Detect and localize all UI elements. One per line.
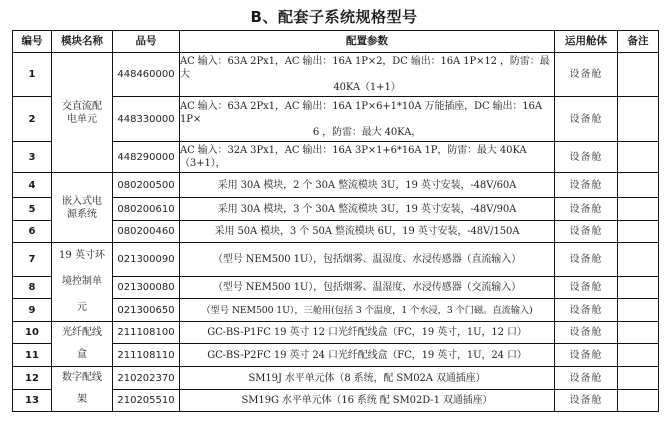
cabin-cell: 设备舱 — [555, 142, 618, 173]
config-cell: AC 输入：63A 2Px1，AC 输出：16A 1P×2，DC 输出：16A … — [180, 53, 555, 97]
part-number: 021300650 — [113, 299, 180, 322]
row-number: 1 — [13, 53, 52, 97]
header-note: 备注 — [618, 31, 659, 53]
cabin-cell: 设备舱 — [555, 277, 618, 299]
config-cell: （型号 NEM500 1U），包括烟雾、温湿度、水浸传感器（交流输入） — [180, 277, 555, 299]
module-name-line: 交直流配 — [52, 100, 112, 113]
header-module-name: 模块名称 — [52, 31, 113, 53]
module-name-line: 光纤配线 — [52, 322, 112, 344]
module-name-line: 嵌入式电 — [52, 195, 112, 208]
note-cell — [618, 322, 659, 344]
part-number: 080200460 — [113, 221, 180, 243]
cabin-cell: 设备舱 — [555, 221, 618, 243]
cabin-cell: 设备舱 — [555, 173, 618, 198]
note-cell — [618, 243, 659, 277]
module-name-line: 盒 — [52, 344, 112, 366]
part-number: 211108100 — [113, 322, 180, 344]
part-number: 021300080 — [113, 277, 180, 299]
part-number: 448460000 — [113, 53, 180, 97]
note-cell — [618, 277, 659, 299]
row-number: 4 — [13, 173, 52, 198]
header-config: 配置参数 — [180, 31, 555, 53]
config-line: 40KA（1+1） — [180, 81, 554, 94]
row-number: 3 — [13, 142, 52, 173]
cabin-cell: 设备舱 — [555, 97, 618, 142]
part-number: 448330000 — [113, 97, 180, 142]
note-cell — [618, 299, 659, 322]
config-cell: （型号 NEM500 1U），包括烟雾、温湿度、水浸传感器（直流输入） — [180, 243, 555, 277]
document-title: B、配套子系统规格型号 — [0, 6, 668, 27]
config-cell: SM19J 水平单元体（8 系统，配 SM02A 双通插座） — [180, 367, 555, 390]
module-name-line: 源系统 — [52, 208, 112, 221]
note-cell — [618, 367, 659, 390]
table-row: 7 19 英寸环 境控制单 元 021300090 （型号 NEM500 1U）… — [13, 243, 659, 277]
config-cell: AC 输入：32A 3Px1，AC 输出：16A 3P×1+6*16A 1P，防… — [180, 142, 555, 173]
config-cell: GC-BS-P1FC 19 英寸 12 口光纤配线盒（FC，19 英寸，1U，1… — [180, 322, 555, 344]
module-name-cell: 数字配线 架 — [52, 367, 113, 412]
row-number: 11 — [13, 344, 52, 367]
table-row: 12 数字配线 架 210202370 SM19J 水平单元体（8 系统，配 S… — [13, 367, 659, 390]
module-name-line: 数字配线 — [52, 367, 112, 389]
row-number: 8 — [13, 277, 52, 299]
note-cell — [618, 142, 659, 173]
table-row: 4 嵌入式电 源系统 080200500 采用 30A 模块，2 个 30A 整… — [13, 173, 659, 198]
module-name-line: 元 — [52, 295, 112, 321]
row-number: 13 — [13, 390, 52, 412]
module-name-cell: 嵌入式电 源系统 — [52, 173, 113, 243]
cabin-cell: 设备舱 — [555, 390, 618, 412]
module-name-line: 境控制单 — [52, 269, 112, 295]
config-cell: （型号 NEM500 1U），三舱用(包括 3 个温度，1 个水浸，3 个门磁。… — [180, 299, 555, 322]
note-cell — [618, 221, 659, 243]
module-name-cell: 光纤配线 盒 — [52, 322, 113, 367]
module-name-cell: 交直流配 电单元 — [52, 53, 113, 173]
note-cell — [618, 198, 659, 221]
cabin-cell: 设备舱 — [555, 198, 618, 221]
part-number: 080200610 — [113, 198, 180, 221]
note-cell — [618, 53, 659, 97]
config-cell: 采用 30A 模块，3 个 30A 整流模块 3U，19 英寸安装，-48V/9… — [180, 198, 555, 221]
config-line: 6 ，防雷：最大 40KA， — [180, 126, 554, 139]
note-cell — [618, 173, 659, 198]
config-cell: SM19G 水平单元体（16 系统 配 SM02D-1 双通插座） — [180, 390, 555, 412]
part-number: 210202370 — [113, 367, 180, 390]
cabin-cell: 设备舱 — [555, 299, 618, 322]
row-number: 7 — [13, 243, 52, 277]
header-cabin: 运用舱体 — [555, 31, 618, 53]
part-number: 211108110 — [113, 344, 180, 367]
header-part-no: 品号 — [113, 31, 180, 53]
config-cell: 采用 30A 模块，2 个 30A 整流模块 3U，19 英寸安装，-48V/6… — [180, 173, 555, 198]
part-number: 021300090 — [113, 243, 180, 277]
config-cell: 采用 50A 模块，3 个 50A 整流模块 6U，19 英寸安装，-48V/1… — [180, 221, 555, 243]
note-cell — [618, 344, 659, 367]
cabin-cell: 设备舱 — [555, 367, 618, 390]
module-name-cell: 19 英寸环 境控制单 元 — [52, 243, 113, 322]
cabin-cell: 设备舱 — [555, 243, 618, 277]
part-number: 080200500 — [113, 173, 180, 198]
note-cell — [618, 390, 659, 412]
part-number: 210205510 — [113, 390, 180, 412]
config-cell: GC-BS-P2FC 19 英寸 24 口光纤配线盒（FC，19 英寸，1U，2… — [180, 344, 555, 367]
module-name-line: 架 — [52, 389, 112, 411]
table-row: 1 交直流配 电单元 448460000 AC 输入：63A 2Px1，AC 输… — [13, 53, 659, 97]
row-number: 12 — [13, 367, 52, 390]
row-number: 2 — [13, 97, 52, 142]
header-row: 编号 模块名称 品号 配置参数 运用舱体 备注 — [13, 31, 659, 53]
cabin-cell: 设备舱 — [555, 53, 618, 97]
config-line: AC 输入：63A 2Px1，AC 输出：16A 1P×2，DC 输出：16A … — [180, 55, 554, 81]
cabin-cell: 设备舱 — [555, 344, 618, 367]
config-cell: AC 输入：63A 2Px1，AC 输出：16A 1P×6+1*10A 万能插座… — [180, 97, 555, 142]
module-name-line: 19 英寸环 — [52, 243, 112, 269]
header-no: 编号 — [13, 31, 52, 53]
cabin-cell: 设备舱 — [555, 322, 618, 344]
table-row: 10 光纤配线 盒 211108100 GC-BS-P1FC 19 英寸 12 … — [13, 322, 659, 344]
row-number: 9 — [13, 299, 52, 322]
config-line: AC 输入：63A 2Px1，AC 输出：16A 1P×6+1*10A 万能插座… — [180, 100, 554, 126]
note-cell — [618, 97, 659, 142]
part-number: 448290000 — [113, 142, 180, 173]
spec-table: 编号 模块名称 品号 配置参数 运用舱体 备注 1 交直流配 电单元 44846… — [12, 30, 659, 412]
row-number: 10 — [13, 322, 52, 344]
module-name-line: 电单元 — [52, 113, 112, 126]
row-number: 6 — [13, 221, 52, 243]
row-number: 5 — [13, 198, 52, 221]
